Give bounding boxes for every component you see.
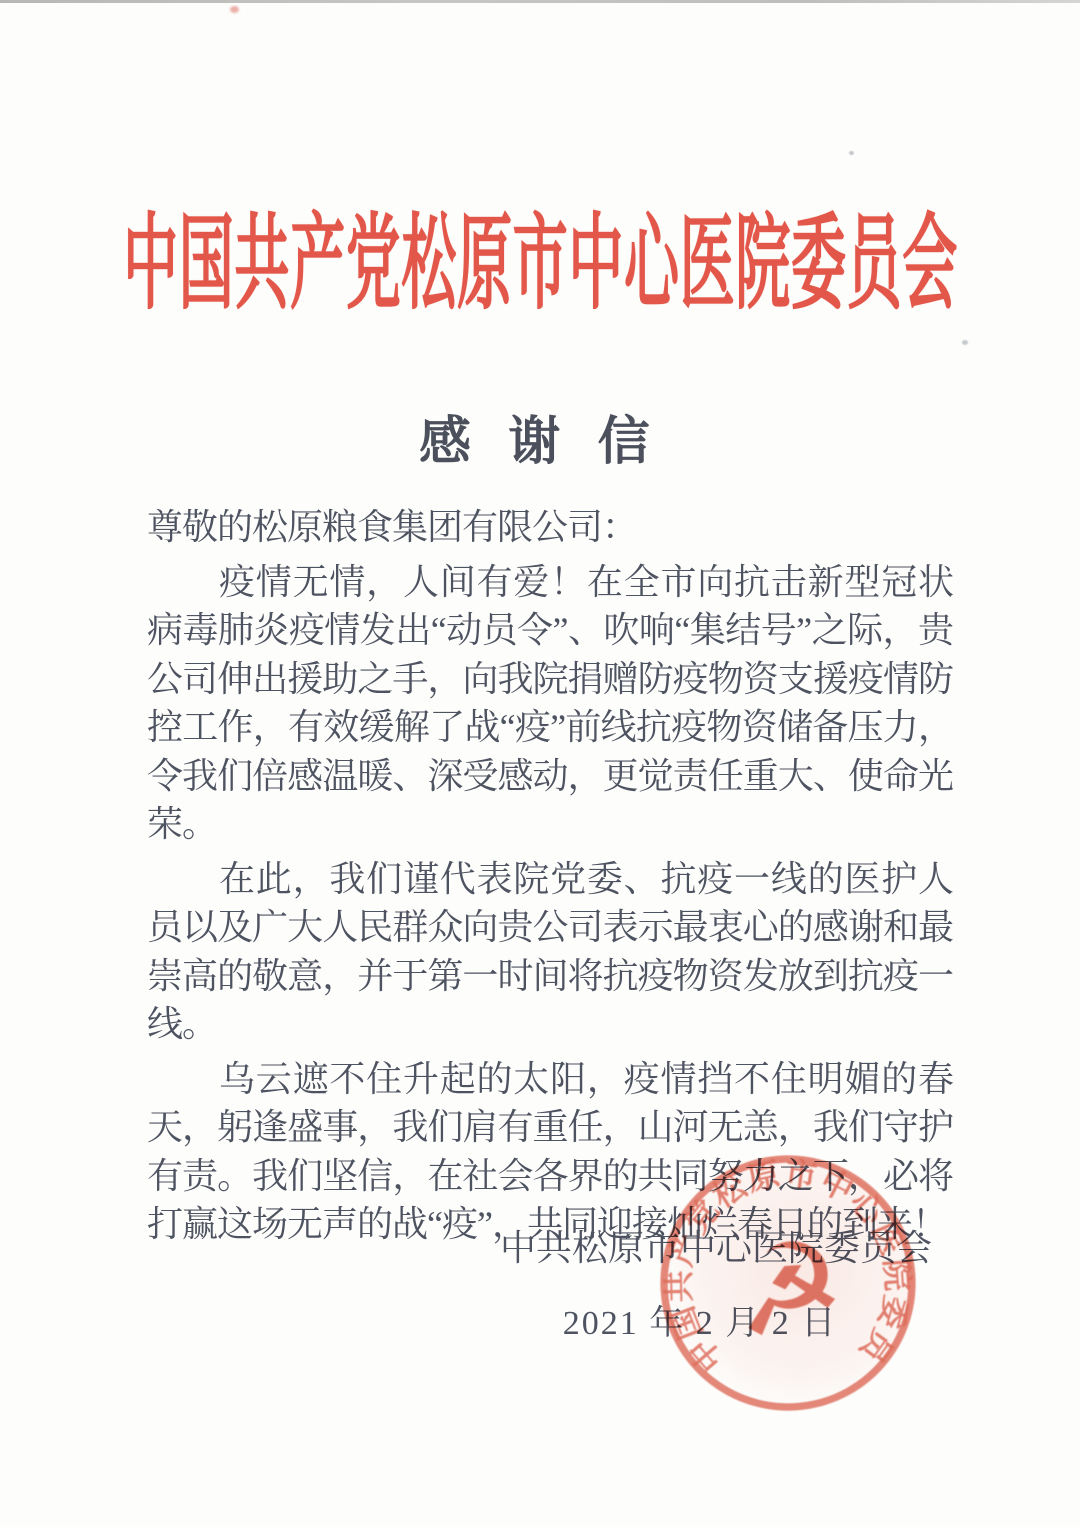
- scan-speck: [849, 151, 854, 155]
- official-seal: 中国共产党松原市中心医院委员会 ☭: [638, 1133, 939, 1434]
- hammer-sickle-icon: ☭: [725, 1211, 852, 1366]
- letterhead-title: 中国共产党松原市中心医院委员会: [0, 196, 1080, 333]
- scan-speck: [230, 6, 239, 13]
- letter-page: 中国共产党松原市中心医院委员会 感 谢 信 尊敬的松原粮食集团有限公司： 疫情无…: [0, 0, 1080, 1527]
- scan-edge-artifact: [0, 0, 1080, 3]
- body-paragraph: 在此，我们谨代表院党委、抗疫一线的医护人员以及广大人民群众向贵公司表示最衷心的感…: [147, 855, 953, 1049]
- salutation: 尊敬的松原粮食集团有限公司：: [147, 503, 953, 552]
- body-paragraph: 疫情无情，人间有爱！在全市向抗击新型冠状病毒肺炎疫情发出“动员令”、吹响“集结号…: [147, 558, 953, 849]
- scan-speck: [962, 340, 968, 345]
- letterhead-title-text: 中国共产党松原市中心医院委员会: [123, 196, 958, 333]
- document-title: 感 谢 信: [0, 399, 1080, 474]
